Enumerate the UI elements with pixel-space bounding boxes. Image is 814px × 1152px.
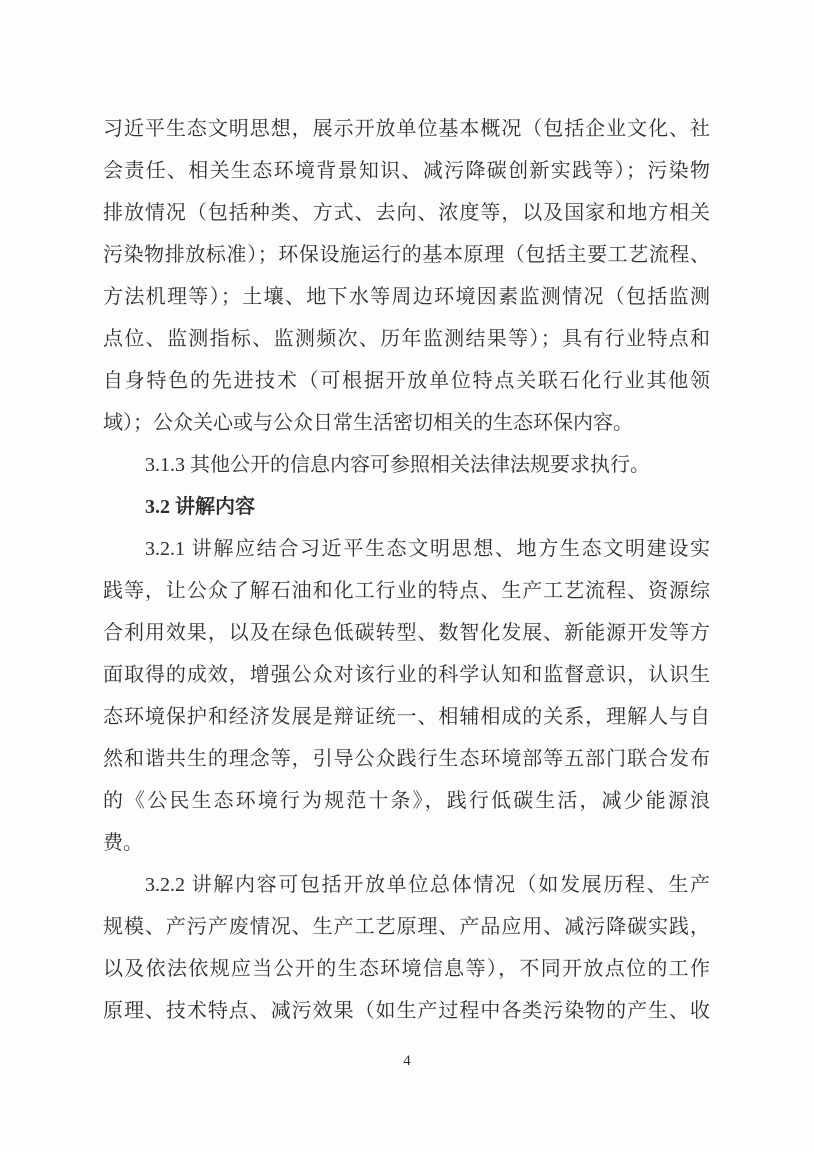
page-number: 4 xyxy=(0,1051,814,1071)
text-line: 会责任、相关生态环境背景知识、减污降碳创新实践等）；污染物 xyxy=(103,150,710,192)
text-line: 3.2.1 讲解应结合习近平生态文明思想、地方生态文明建设实 xyxy=(103,528,710,570)
document-page: 习近平生态文明思想，展示开放单位基本概况（包括企业文化、社会责任、相关生态环境背… xyxy=(0,0,814,1152)
text-line: 方法机理等）；土壤、地下水等周边环境因素监测情况（包括监测 xyxy=(103,276,710,318)
text-line: 面取得的成效，增强公众对该行业的科学认知和监督意识，认识生 xyxy=(103,654,710,696)
text-line: 以及依法依规应当公开的生态环境信息等），不同开放点位的工作 xyxy=(103,948,710,990)
text-line: 点位、监测指标、监测频次、历年监测结果等）；具有行业特点和 xyxy=(103,318,710,360)
text-line: 排放情况（包括种类、方式、去向、浓度等，以及国家和地方相关 xyxy=(103,192,710,234)
text-line: 的《公民生态环境行为规范十条》，践行低碳生活，减少能源浪 xyxy=(103,780,710,822)
text-line: 规模、产污产废情况、生产工艺原理、产品应用、减污降碳实践， xyxy=(103,906,710,948)
text-line: 态环境保护和经济发展是辩证统一、相辅相成的关系，理解人与自 xyxy=(103,696,710,738)
text-line: 然和谐共生的理念等，引导公众践行生态环境部等五部门联合发布 xyxy=(103,738,710,780)
text-line: 3.2.2 讲解内容可包括开放单位总体情况（如发展历程、生产 xyxy=(103,864,710,906)
document-body: 习近平生态文明思想，展示开放单位基本概况（包括企业文化、社会责任、相关生态环境背… xyxy=(103,108,710,1032)
text-line: 习近平生态文明思想，展示开放单位基本概况（包括企业文化、社 xyxy=(103,108,710,150)
text-line: 践等，让公众了解石油和化工行业的特点、生产工艺流程、资源综 xyxy=(103,570,710,612)
text-line: 原理、技术特点、减污效果（如生产过程中各类污染物的产生、收 xyxy=(103,990,710,1032)
text-line: 3.2 讲解内容 xyxy=(103,486,710,528)
text-line: 自身特色的先进技术（可根据开放单位特点关联石化行业其他领 xyxy=(103,360,710,402)
text-line: 费。 xyxy=(103,822,710,864)
text-line: 3.1.3 其他公开的信息内容可参照相关法律法规要求执行。 xyxy=(103,444,710,486)
text-line: 合利用效果，以及在绿色低碳转型、数智化发展、新能源开发等方 xyxy=(103,612,710,654)
text-line: 污染物排放标准）；环保设施运行的基本原理（包括主要工艺流程、 xyxy=(103,234,710,276)
text-line: 域）；公众关心或与公众日常生活密切相关的生态环保内容。 xyxy=(103,402,710,444)
